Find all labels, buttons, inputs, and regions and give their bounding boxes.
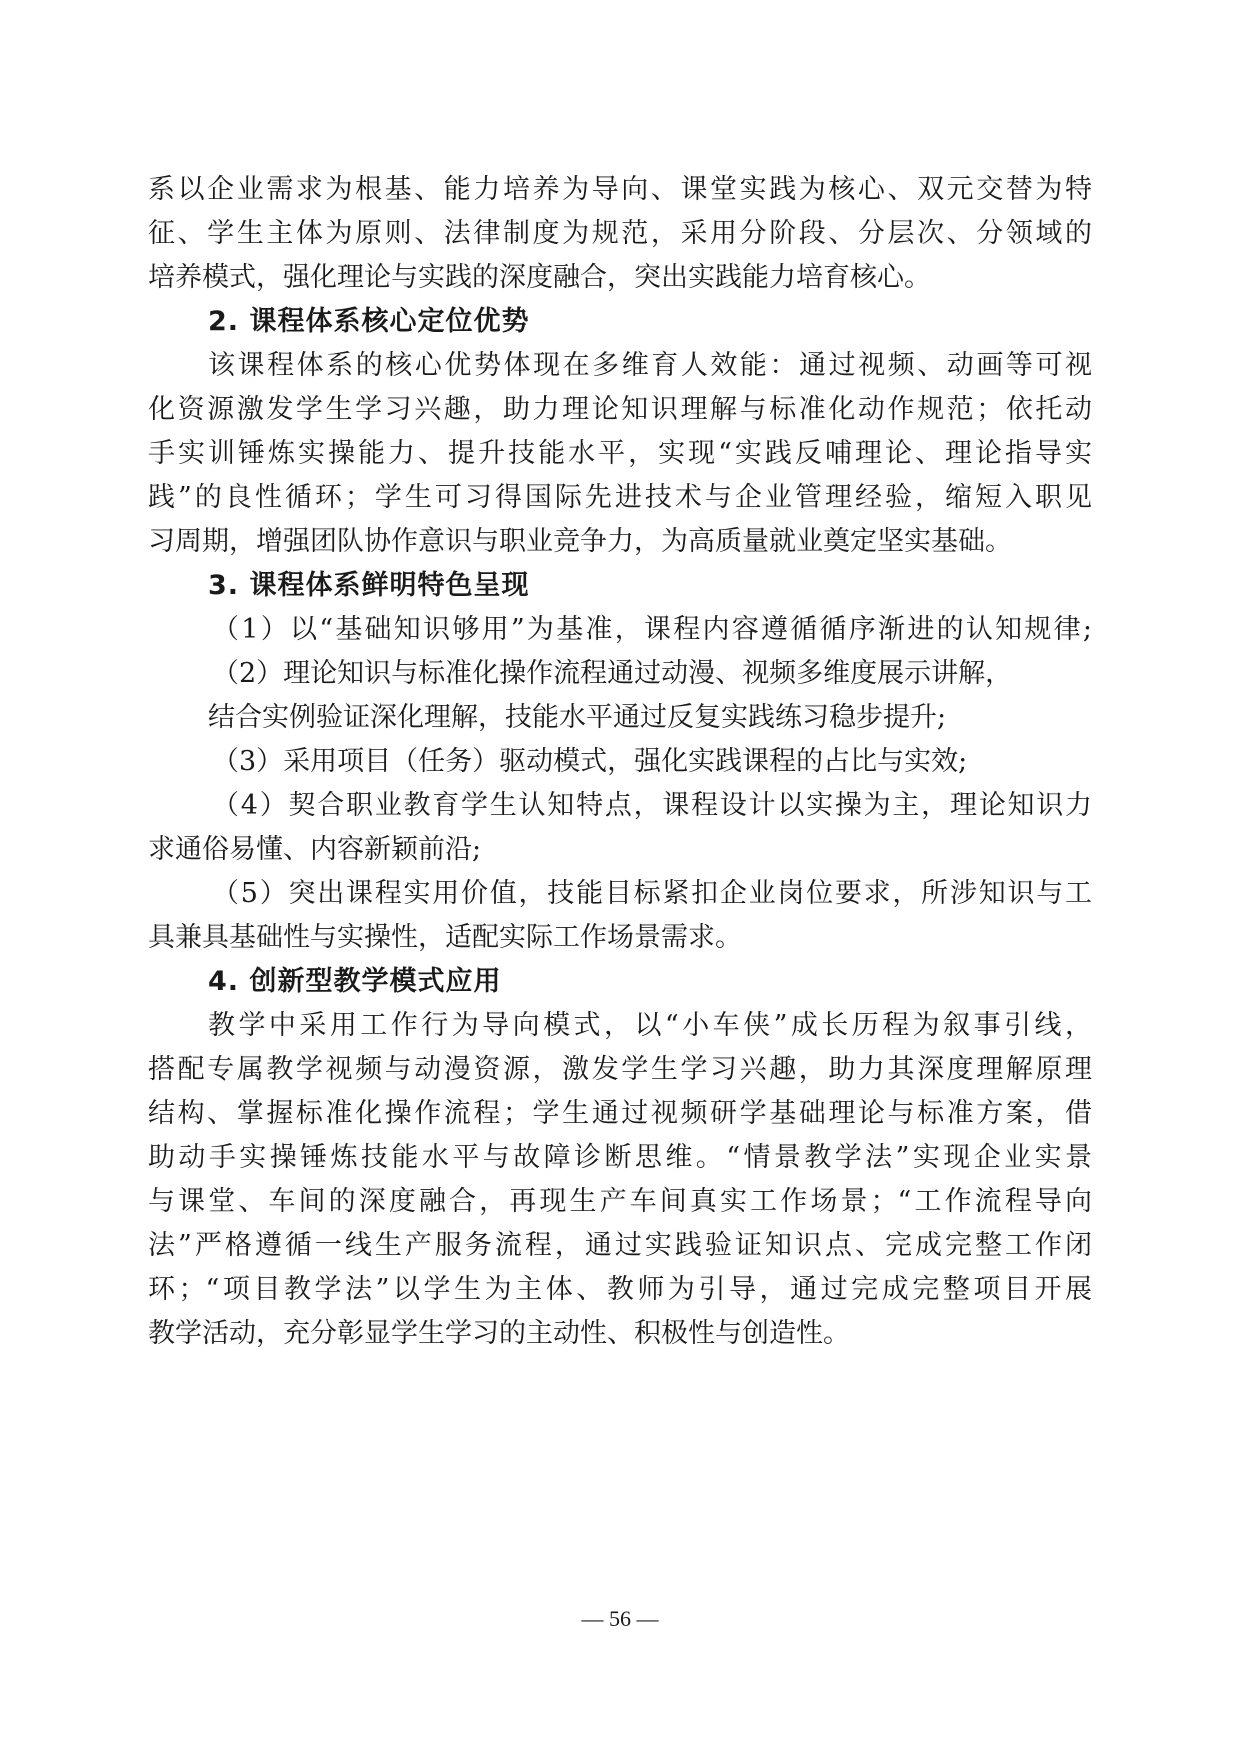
section-2-line: 该课程体系的核心优势体现在多维育人效能：通过视频、动画等可视 [208,344,1092,388]
section-2-line: 化资源激发学生学习兴趣，助力理论知识理解与标准化动作规范；依托动 [148,388,1092,432]
list-item-2-continuation: 结合实例验证深化理解，技能水平通过反复实践练习稳步提升; [208,696,1092,740]
section-4-line: 教学中采用工作行为导向模式，以“小车侠”成长历程为叙事引线， [208,1004,1092,1048]
section-2-line: 习周期，增强团队协作意识与职业竞争力，为高质量就业奠定坚实基础。 [148,520,1092,564]
document-page: 系以企业需求为根基、能力培养为导向、课堂实践为核心、双元交替为特 征、学生主体为… [0,0,1240,1753]
list-item-2: （2）理论知识与标准化操作流程通过动漫、视频多维度展示讲解， [212,652,1092,696]
section-2-line: 践”的良性循环；学生可习得国际先进技术与企业管理经验，缩短入职见 [148,476,1092,520]
section-heading-4: 4. 创新型教学模式应用 [208,960,501,1004]
section-4-line: 助动手实操锤炼技能水平与故障诊断思维。“情景教学法”实现企业实景 [148,1136,1092,1180]
page-number: — 56 — [0,1604,1240,1634]
intro-line: 系以企业需求为根基、能力培养为导向、课堂实践为核心、双元交替为特 [148,168,1092,212]
section-4-line: 搭配专属教学视频与动漫资源，激发学生学习兴趣，助力其深度理解原理 [148,1048,1092,1092]
section-4-line: 法”严格遵循一线生产服务流程，通过实践验证知识点、完成完整工作闭 [148,1224,1092,1268]
list-item-4-continuation: 求通俗易懂、内容新颖前沿; [148,828,1092,872]
section-4-line: 环；“项目教学法”以学生为主体、教师为引导，通过完成完整项目开展 [148,1268,1092,1312]
section-4-line: 结构、掌握标准化操作流程；学生通过视频研学基础理论与标准方案，借 [148,1092,1092,1136]
list-item-3: （3）采用项目（任务）驱动模式，强化实践课程的占比与实效; [212,740,1092,784]
section-4-line: 教学活动，充分彰显学生学习的主动性、积极性与创造性。 [148,1312,1092,1356]
list-item-1: （1）以“基础知识够用”为基准，课程内容遵循循序渐进的认知规律; [212,608,1092,652]
intro-line: 培养模式，强化理论与实践的深度融合，突出实践能力培育核心。 [148,256,1092,300]
list-item-5-continuation: 具兼具基础性与实操性，适配实际工作场景需求。 [148,916,1092,960]
section-heading-2: 2. 课程体系核心定位优势 [208,300,529,344]
section-2-line: 手实训锤炼实操能力、提升技能水平，实现“实践反哺理论、理论指导实 [148,432,1092,476]
section-4-line: 与课堂、车间的深度融合，再现生产车间真实工作场景；“工作流程导向 [148,1180,1092,1224]
section-heading-3: 3. 课程体系鲜明特色呈现 [208,564,529,608]
intro-line: 征、学生主体为原则、法律制度为规范，采用分阶段、分层次、分领域的 [148,212,1092,256]
list-item-4: （4）契合职业教育学生认知特点，课程设计以实操为主，理论知识力 [212,784,1092,828]
list-item-5: （5）突出课程实用价值，技能目标紧扣企业岗位要求，所涉知识与工 [212,872,1092,916]
